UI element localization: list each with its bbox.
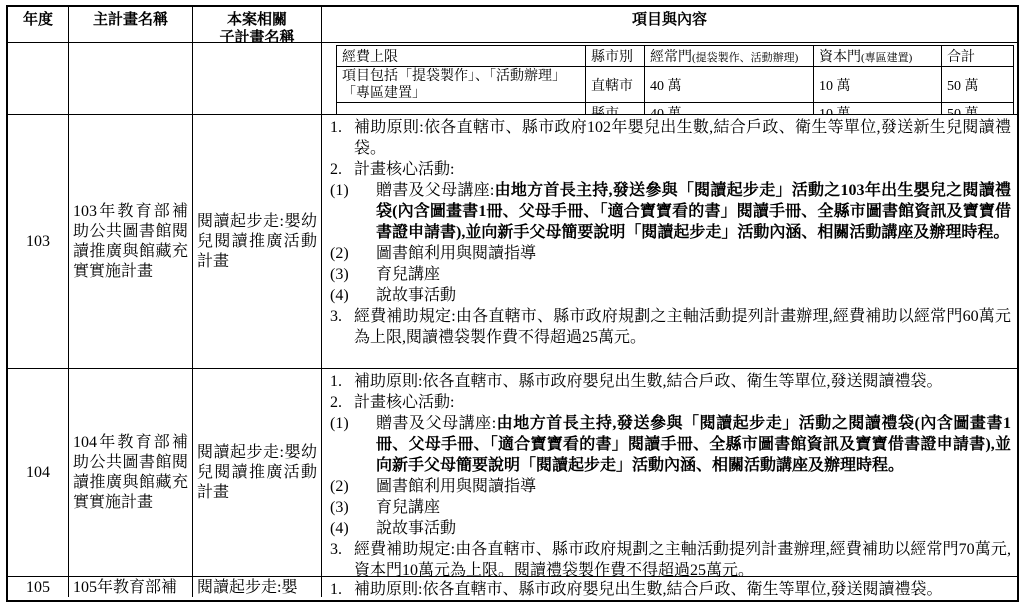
content-item: 1.補助原則:依各直轄市、縣市政府102年嬰兒出生數,結合戶政、衛生等單位,發送… bbox=[330, 117, 1011, 159]
item-text: 補助原則:依各直轄市、縣市政府嬰兒出生數,結合戶政、衛生等單位,發送閱讀禮袋。 bbox=[354, 371, 1011, 392]
content-item: 3.經費補助規定:由各直轄市、縣市政府規劃之主軸活動提列計畫辦理,經費補助以經常… bbox=[330, 306, 1011, 348]
plan-row-105: 105 105年教育部補 閱讀起步走:嬰 1.補助原則:依各直轄市、縣市政府嬰兒… bbox=[8, 576, 1017, 597]
budget-table: 經費上限 縣市別 經常門(提袋製作、活動辦理) 資本門(專區建置) 合計 項目包… bbox=[336, 45, 1014, 114]
col-header-content: 項目與內容 bbox=[321, 7, 1017, 42]
item-label: (4) bbox=[330, 518, 376, 539]
main-plan-cell: 105年教育部補 bbox=[68, 577, 192, 597]
content-item: 1.補助原則:依各直轄市、縣市政府嬰兒出生數,結合戶政、衛生等單位,發送閱讀禮袋… bbox=[330, 371, 1011, 392]
item-label: 2. bbox=[330, 392, 354, 413]
plan-row-103: 103 103年教育部補助公共圖書館閱讀推廣與館藏充實實施計畫 閱讀起步走:嬰幼… bbox=[8, 114, 1017, 368]
item-text: 育兒講座 bbox=[376, 264, 1011, 285]
item-label: (1) bbox=[330, 413, 376, 476]
sub-plan-name: 閱讀起步走:嬰 bbox=[193, 578, 321, 597]
budget-col-regular-label: 經常門 bbox=[650, 50, 692, 65]
content-item: (4)說故事活動 bbox=[330, 285, 1011, 306]
budget-col-regular-sub: (提袋製作、活動辦理) bbox=[692, 52, 798, 64]
budget-col-type: 縣市別 bbox=[586, 46, 645, 67]
budget-type-cell: 縣市 bbox=[586, 103, 645, 115]
item-label: 3. bbox=[330, 539, 354, 576]
year-value: 105 bbox=[8, 578, 68, 597]
budget-regular-cell: 40 萬 bbox=[645, 67, 814, 103]
content-cell: 1.補助原則:依各直轄市、縣市政府嬰兒出生數,結合戶政、衛生等單位,發送閱讀禮袋… bbox=[321, 369, 1017, 576]
item-label: 3. bbox=[330, 306, 354, 348]
main-plan-cell: 104年教育部補助公共圖書館閱讀推廣與館藏充實實施計畫 bbox=[68, 369, 192, 576]
item-text-normal: 贈書及父母講座: bbox=[376, 182, 494, 199]
sub-plan-cell: 閱讀起步走:嬰 bbox=[192, 577, 321, 597]
item-label: (2) bbox=[330, 243, 376, 264]
budget-row-main-plan-cell-empty bbox=[68, 43, 192, 114]
budget-note-empty-cell bbox=[337, 103, 586, 115]
year-cell: 104 bbox=[8, 369, 68, 576]
budget-row: 經費上限 縣市別 經常門(提袋製作、活動辦理) 資本門(專區建置) 合計 項目包… bbox=[8, 42, 1017, 114]
plan-row-104: 104 104年教育部補助公共圖書館閱讀推廣與館藏充實實施計畫 閱讀起步走:嬰幼… bbox=[8, 368, 1017, 576]
item-label: 1. bbox=[330, 579, 354, 597]
budget-col-capital: 資本門(專區建置) bbox=[814, 46, 942, 67]
content-cell: 1.補助原則:依各直轄市、縣市政府102年嬰兒出生數,結合戶政、衛生等單位,發送… bbox=[321, 115, 1017, 368]
budget-limit-label: 經費上限 bbox=[337, 46, 586, 67]
item-text: 經費補助規定:由各直轄市、縣市政府規劃之主軸活動提列計畫辦理,經費補助以經常門6… bbox=[354, 306, 1011, 348]
item-text: 計畫核心活動: bbox=[354, 159, 1011, 180]
item-label: (3) bbox=[330, 264, 376, 285]
year-cell: 103 bbox=[8, 115, 68, 368]
item-label: (3) bbox=[330, 497, 376, 518]
content-item: (1)贈書及父母講座:由地方首長主持,發送參與「閱讀起步走」活動之103年出生嬰… bbox=[330, 180, 1011, 243]
sub-plan-name: 閱讀起步走:嬰幼兒閱讀推廣活動計畫 bbox=[193, 212, 321, 272]
content-item: (3)育兒講座 bbox=[330, 264, 1011, 285]
main-plan-name: 105年教育部補 bbox=[69, 578, 192, 597]
budget-table-header-row: 經費上限 縣市別 經常門(提袋製作、活動辦理) 資本門(專區建置) 合計 bbox=[337, 46, 1014, 67]
item-text: 補助原則:依各直轄市、縣市政府嬰兒出生數,結合戶政、衛生等單位,發送閱讀禮袋。 bbox=[354, 579, 1011, 597]
item-text: 贈書及父母講座:由地方首長主持,發送參與「閱讀起步走」活動之閱讀禮袋(內含圖畫書… bbox=[376, 413, 1011, 476]
budget-col-regular: 經常門(提袋製作、活動辦理) bbox=[645, 46, 814, 67]
content-item: (1)贈書及父母講座:由地方首長主持,發送參與「閱讀起步走」活動之閱讀禮袋(內含… bbox=[330, 413, 1011, 476]
sub-plan-cell: 閱讀起步走:嬰幼兒閱讀推廣活動計畫 bbox=[192, 115, 321, 368]
main-plan-name: 103年教育部補助公共圖書館閱讀推廣與館藏充實實施計畫 bbox=[69, 202, 192, 282]
budget-col-capital-sub: (專區建置) bbox=[861, 52, 912, 64]
budget-table-row-county: 縣市 40 萬 10 萬 50 萬 bbox=[337, 103, 1014, 115]
item-label: (4) bbox=[330, 285, 376, 306]
budget-items-note: 項目包括「提袋製作」、「活動辦理」「專區建置」 bbox=[337, 67, 586, 103]
col-header-year: 年度 bbox=[8, 7, 68, 42]
page: { "page": { "background": "#ffffff", "bo… bbox=[0, 0, 1024, 605]
item-text: 說故事活動 bbox=[376, 285, 1011, 306]
item-text: 說故事活動 bbox=[376, 518, 1011, 539]
item-text: 圖書館利用與閱讀指導 bbox=[376, 243, 1011, 264]
item-text: 補助原則:依各直轄市、縣市政府102年嬰兒出生數,結合戶政、衛生等單位,發送新生… bbox=[354, 117, 1011, 159]
budget-row-content-cell: 經費上限 縣市別 經常門(提袋製作、活動辦理) 資本門(專區建置) 合計 項目包… bbox=[321, 43, 1017, 114]
year-value: 104 bbox=[8, 463, 68, 483]
item-label: (1) bbox=[330, 180, 376, 243]
main-plan-name: 104年教育部補助公共圖書館閱讀推廣與館藏充實實施計畫 bbox=[69, 433, 192, 513]
main-plan-cell: 103年教育部補助公共圖書館閱讀推廣與館藏充實實施計畫 bbox=[68, 115, 192, 368]
sub-plan-name: 閱讀起步走:嬰幼兒閱讀推廣活動計畫 bbox=[193, 443, 321, 503]
budget-col-capital-label: 資本門 bbox=[819, 50, 861, 65]
content-item: (4)說故事活動 bbox=[330, 518, 1011, 539]
budget-capital-cell: 10 萬 bbox=[814, 103, 942, 115]
col-header-sub-plan: 本案相關 子計畫名稱 bbox=[192, 7, 321, 42]
content-item: 2.計畫核心活動: bbox=[330, 159, 1011, 180]
item-text: 育兒講座 bbox=[376, 497, 1011, 518]
content-item: (3)育兒講座 bbox=[330, 497, 1011, 518]
item-label: 2. bbox=[330, 159, 354, 180]
budget-row-year-cell-empty bbox=[8, 43, 68, 114]
content-item: (2)圖書館利用與閱讀指導 bbox=[330, 476, 1011, 497]
budget-row-sub-plan-cell-empty bbox=[192, 43, 321, 114]
item-label: 1. bbox=[330, 371, 354, 392]
table-header-row: 年度 主計畫名稱 本案相關 子計畫名稱 項目與內容 bbox=[8, 7, 1017, 42]
item-text-normal: 贈書及父母講座: bbox=[376, 415, 496, 432]
budget-capital-cell: 10 萬 bbox=[814, 67, 942, 103]
item-label: 1. bbox=[330, 117, 354, 159]
budget-col-total: 合計 bbox=[942, 46, 1014, 67]
year-cell: 105 bbox=[8, 577, 68, 597]
item-label: (2) bbox=[330, 476, 376, 497]
content-cell: 1.補助原則:依各直轄市、縣市政府嬰兒出生數,結合戶政、衛生等單位,發送閱讀禮袋… bbox=[321, 577, 1017, 597]
budget-total-cell: 50 萬 bbox=[942, 67, 1014, 103]
subsidy-plan-table: 年度 主計畫名稱 本案相關 子計畫名稱 項目與內容 經費上限 縣市別 經常門(提… bbox=[6, 5, 1019, 602]
item-text: 贈書及父母講座:由地方首長主持,發送參與「閱讀起步走」活動之103年出生嬰兒之閱… bbox=[376, 180, 1011, 243]
item-text: 計畫核心活動: bbox=[354, 392, 1011, 413]
content-item: 1.補助原則:依各直轄市、縣市政府嬰兒出生數,結合戶政、衛生等單位,發送閱讀禮袋… bbox=[330, 579, 1011, 597]
year-value: 103 bbox=[8, 232, 68, 252]
budget-table-row-municipality: 項目包括「提袋製作」、「活動辦理」「專區建置」 直轄市 40 萬 10 萬 50… bbox=[337, 67, 1014, 103]
content-item: 3.經費補助規定:由各直轄市、縣市政府規劃之主軸活動提列計畫辦理,經費補助以經常… bbox=[330, 539, 1011, 576]
content-item: 2.計畫核心活動: bbox=[330, 392, 1011, 413]
budget-total-cell: 50 萬 bbox=[942, 103, 1014, 115]
col-header-main-plan: 主計畫名稱 bbox=[68, 7, 192, 42]
item-text: 經費補助規定:由各直轄市、縣市政府規劃之主軸活動提列計畫辦理,經費補助以經常門7… bbox=[354, 539, 1011, 576]
sub-plan-cell: 閱讀起步走:嬰幼兒閱讀推廣活動計畫 bbox=[192, 369, 321, 576]
budget-type-cell: 直轄市 bbox=[586, 67, 645, 103]
item-text: 圖書館利用與閱讀指導 bbox=[376, 476, 1011, 497]
budget-regular-cell: 40 萬 bbox=[645, 103, 814, 115]
content-item: (2)圖書館利用與閱讀指導 bbox=[330, 243, 1011, 264]
